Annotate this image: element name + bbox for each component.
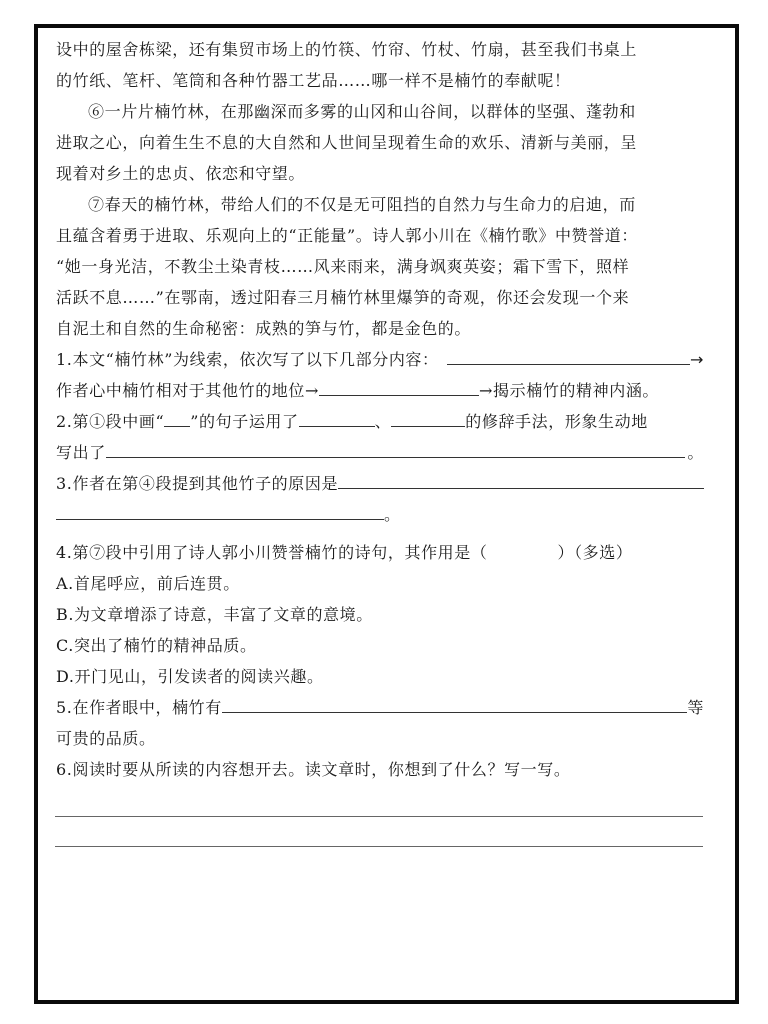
- q6-answer-line-2[interactable]: [55, 846, 703, 847]
- q2-text-4: 写出了: [56, 437, 106, 468]
- q4-option-a[interactable]: A.首尾呼应，前后连贯。: [56, 568, 704, 599]
- q2-text-1: 2.第①段中画“: [56, 406, 164, 437]
- q4-option-b[interactable]: B.为文章增添了诗意，丰富了文章的意境。: [56, 599, 704, 630]
- question-2-line2: 写出了 。: [56, 437, 704, 468]
- q5-suffix: 等: [687, 692, 704, 723]
- passage-line: 设中的屋舍栋梁，还有集贸市场上的竹筷、竹帘、竹杖、竹扇，甚至我们书桌上: [56, 34, 704, 65]
- passage-line: 活跃不息……”在鄂南，透过阳春三月楠竹林里爆笋的奇观，你还会发现一个来: [56, 282, 704, 313]
- q4-suffix: ）（多选）: [557, 543, 632, 562]
- q3-answer-blank-2[interactable]: [56, 499, 384, 520]
- q5-answer-blank[interactable]: [222, 692, 688, 713]
- q2-answer-blank-1[interactable]: [299, 406, 375, 427]
- q3-end: 。: [384, 499, 401, 530]
- q4-option-d[interactable]: D.开门见山，引发读者的阅读兴趣。: [56, 661, 704, 692]
- q2-end: 。: [687, 437, 704, 468]
- arrow-icon: →: [690, 344, 704, 375]
- worksheet-content: 设中的屋舍栋梁，还有集贸市场上的竹筷、竹帘、竹杖、竹扇，甚至我们书桌上 的竹纸、…: [56, 34, 704, 785]
- q1-text-3: →揭示楠竹的精神内涵。: [479, 375, 659, 406]
- q1-answer-blank-2[interactable]: [319, 375, 479, 396]
- question-2: 2.第①段中画“ ”的句子运用了 、 的修辞手法，形象生动地: [56, 406, 704, 437]
- passage-line: 进取之心，向着生生不息的大自然和人世间呈现着生命的欢乐、清新与美丽，呈: [56, 127, 704, 158]
- question-3: 3.作者在第④段提到其他竹子的原因是: [56, 468, 704, 499]
- q2-text-3: 的修辞手法，形象生动地: [465, 406, 648, 437]
- q4-text: 4.第⑦段中引用了诗人郭小川赞誉楠竹的诗句，其作用是（: [56, 543, 487, 562]
- q2-text-2: ”的句子运用了: [190, 406, 298, 437]
- passage-line: 现着对乡土的忠贞、依恋和守望。: [56, 158, 704, 189]
- q2-separator: 、: [375, 406, 392, 437]
- question-5: 5.在作者眼中，楠竹有 等: [56, 692, 704, 723]
- q1-answer-blank-1[interactable]: [447, 344, 690, 365]
- passage-line: “她一身光洁，不教尘土染青枝……风来雨来，满身飒爽英姿；霜下雪下，照样: [56, 251, 704, 282]
- question-1: 1.本文“楠竹林”为线索，依次写了以下几部分内容： →: [56, 344, 704, 375]
- q5-text-2: 可贵的品质。: [56, 723, 704, 754]
- q1-text-2: 作者心中楠竹相对于其他竹的地位→: [56, 375, 319, 406]
- q4-option-c[interactable]: C.突出了楠竹的精神品质。: [56, 630, 704, 661]
- question-3-line2: 。: [56, 499, 704, 537]
- q2-underline-mark: [164, 406, 190, 427]
- q2-answer-blank-2[interactable]: [391, 406, 465, 427]
- q5-text: 5.在作者眼中，楠竹有: [56, 692, 222, 723]
- question-4: 4.第⑦段中引用了诗人郭小川赞誉楠竹的诗句，其作用是（）（多选）: [56, 537, 704, 568]
- question-1-line2: 作者心中楠竹相对于其他竹的地位→ →揭示楠竹的精神内涵。: [56, 375, 704, 406]
- q3-text: 3.作者在第④段提到其他竹子的原因是: [56, 468, 338, 499]
- q6-answer-line-1[interactable]: [55, 816, 703, 817]
- q3-answer-blank-1[interactable]: [338, 468, 704, 489]
- passage-line: ⑦春天的楠竹林，带给人们的不仅是无可阻挡的自然力与生命力的启迪，而: [56, 189, 704, 220]
- question-6: 6.阅读时要从所读的内容想开去。读文章时，你想到了什么？写一写。: [56, 754, 704, 785]
- q1-text: 1.本文“楠竹林”为线索，依次写了以下几部分内容：: [56, 344, 439, 375]
- passage-line: ⑥一片片楠竹林，在那幽深而多雾的山冈和山谷间，以群体的坚强、蓬勃和: [56, 96, 704, 127]
- q2-answer-blank-3[interactable]: [106, 437, 686, 458]
- passage-line: 且蕴含着勇于进取、乐观向上的“正能量”。诗人郭小川在《楠竹歌》中赞誉道：: [56, 220, 704, 251]
- passage-line: 自泥土和自然的生命秘密：成熟的笋与竹，都是金色的。: [56, 313, 704, 344]
- passage-line: 的竹纸、笔杆、笔筒和各种竹器工艺品……哪一样不是楠竹的奉献呢！: [56, 65, 704, 96]
